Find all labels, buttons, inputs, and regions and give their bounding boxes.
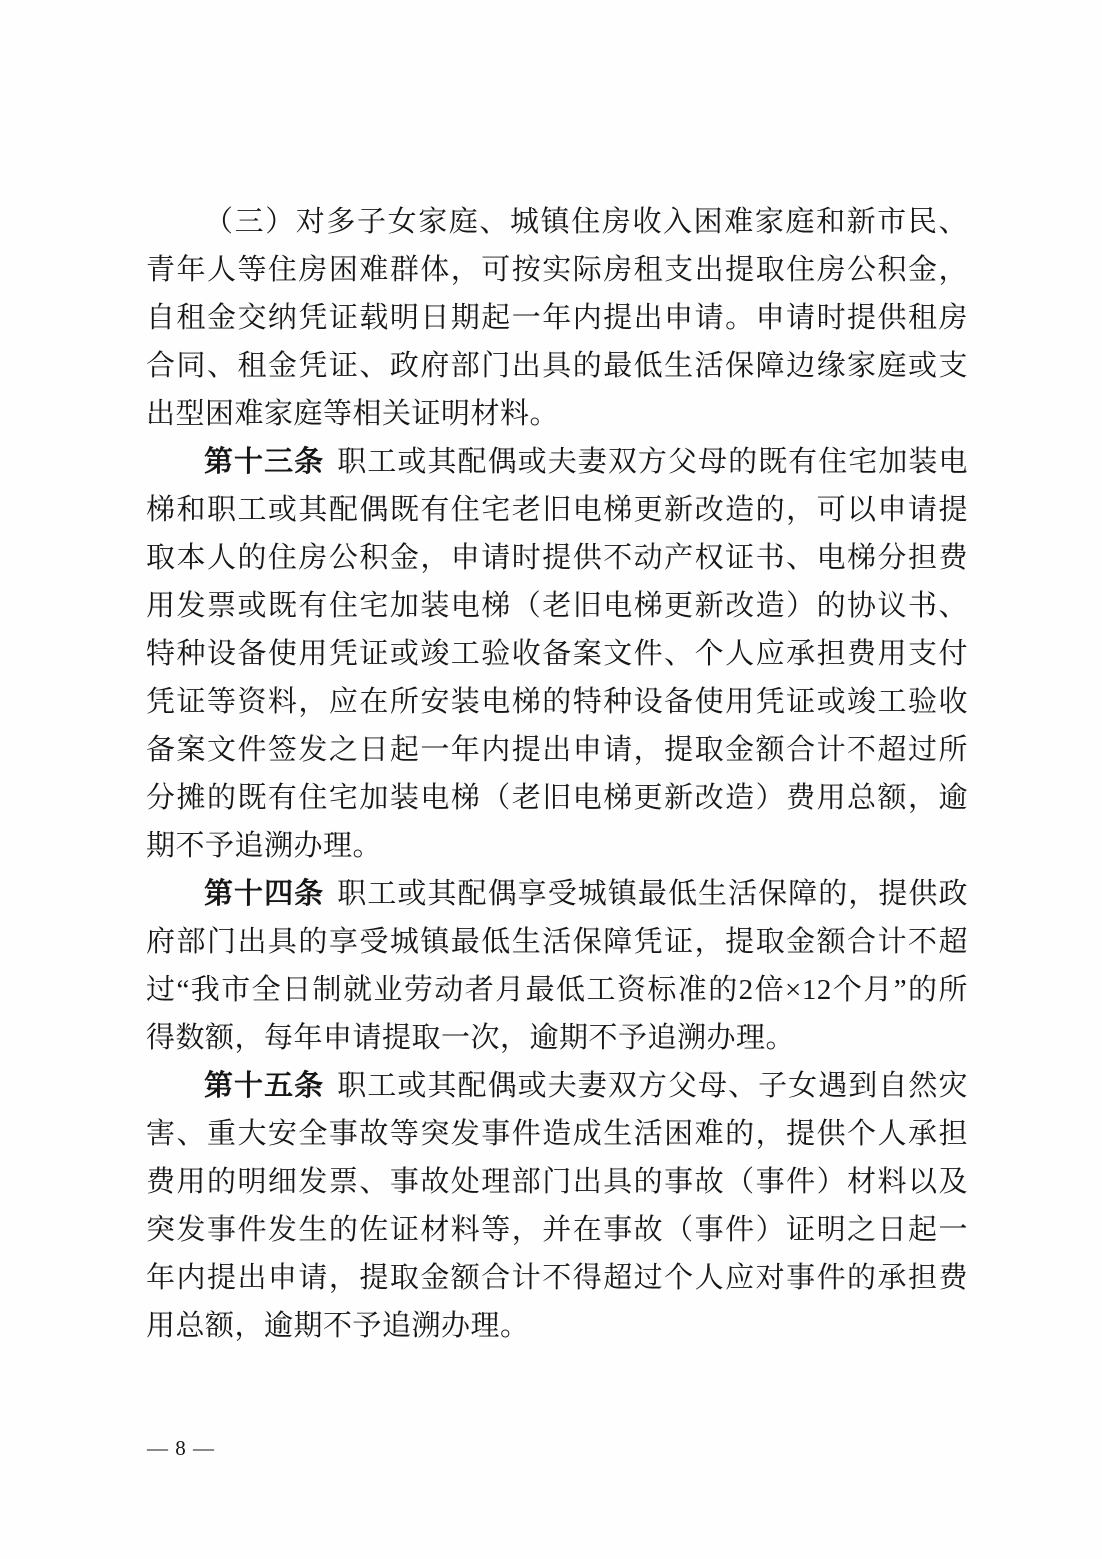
article-15-text: 职工或其配偶或夫妻双方父母、子女遇到自然灾害、重大安全事故等突发事件造成生活困难… (146, 1070, 968, 1342)
document-page: （三）对多子女家庭、城镇住房收入困难家庭和新市民、青年人等住房困难群体，可按实际… (0, 0, 1102, 1559)
page-number: — 8 — (147, 1434, 215, 1462)
paragraph-text: （三）对多子女家庭、城镇住房收入困难家庭和新市民、青年人等住房困难群体，可按实际… (146, 206, 968, 430)
paragraph-article-13: 第十三条职工或其配偶或夫妻双方父母的既有住宅加装电梯和职工或其配偶既有住宅老旧电… (146, 438, 968, 870)
document-body: （三）对多子女家庭、城镇住房收入困难家庭和新市民、青年人等住房困难群体，可按实际… (146, 198, 968, 1350)
article-13-heading: 第十三条 (204, 446, 324, 478)
paragraph-article-15: 第十五条职工或其配偶或夫妻双方父母、子女遇到自然灾害、重大安全事故等突发事件造成… (146, 1062, 968, 1350)
article-15-heading: 第十五条 (204, 1070, 324, 1102)
paragraph-article-14: 第十四条职工或其配偶享受城镇最低生活保障的，提供政府部门出具的享受城镇最低生活保… (146, 870, 968, 1062)
paragraph-item-3: （三）对多子女家庭、城镇住房收入困难家庭和新市民、青年人等住房困难群体，可按实际… (146, 198, 968, 438)
article-14-heading: 第十四条 (204, 878, 324, 910)
article-13-text: 职工或其配偶或夫妻双方父母的既有住宅加装电梯和职工或其配偶既有住宅老旧电梯更新改… (146, 446, 968, 862)
